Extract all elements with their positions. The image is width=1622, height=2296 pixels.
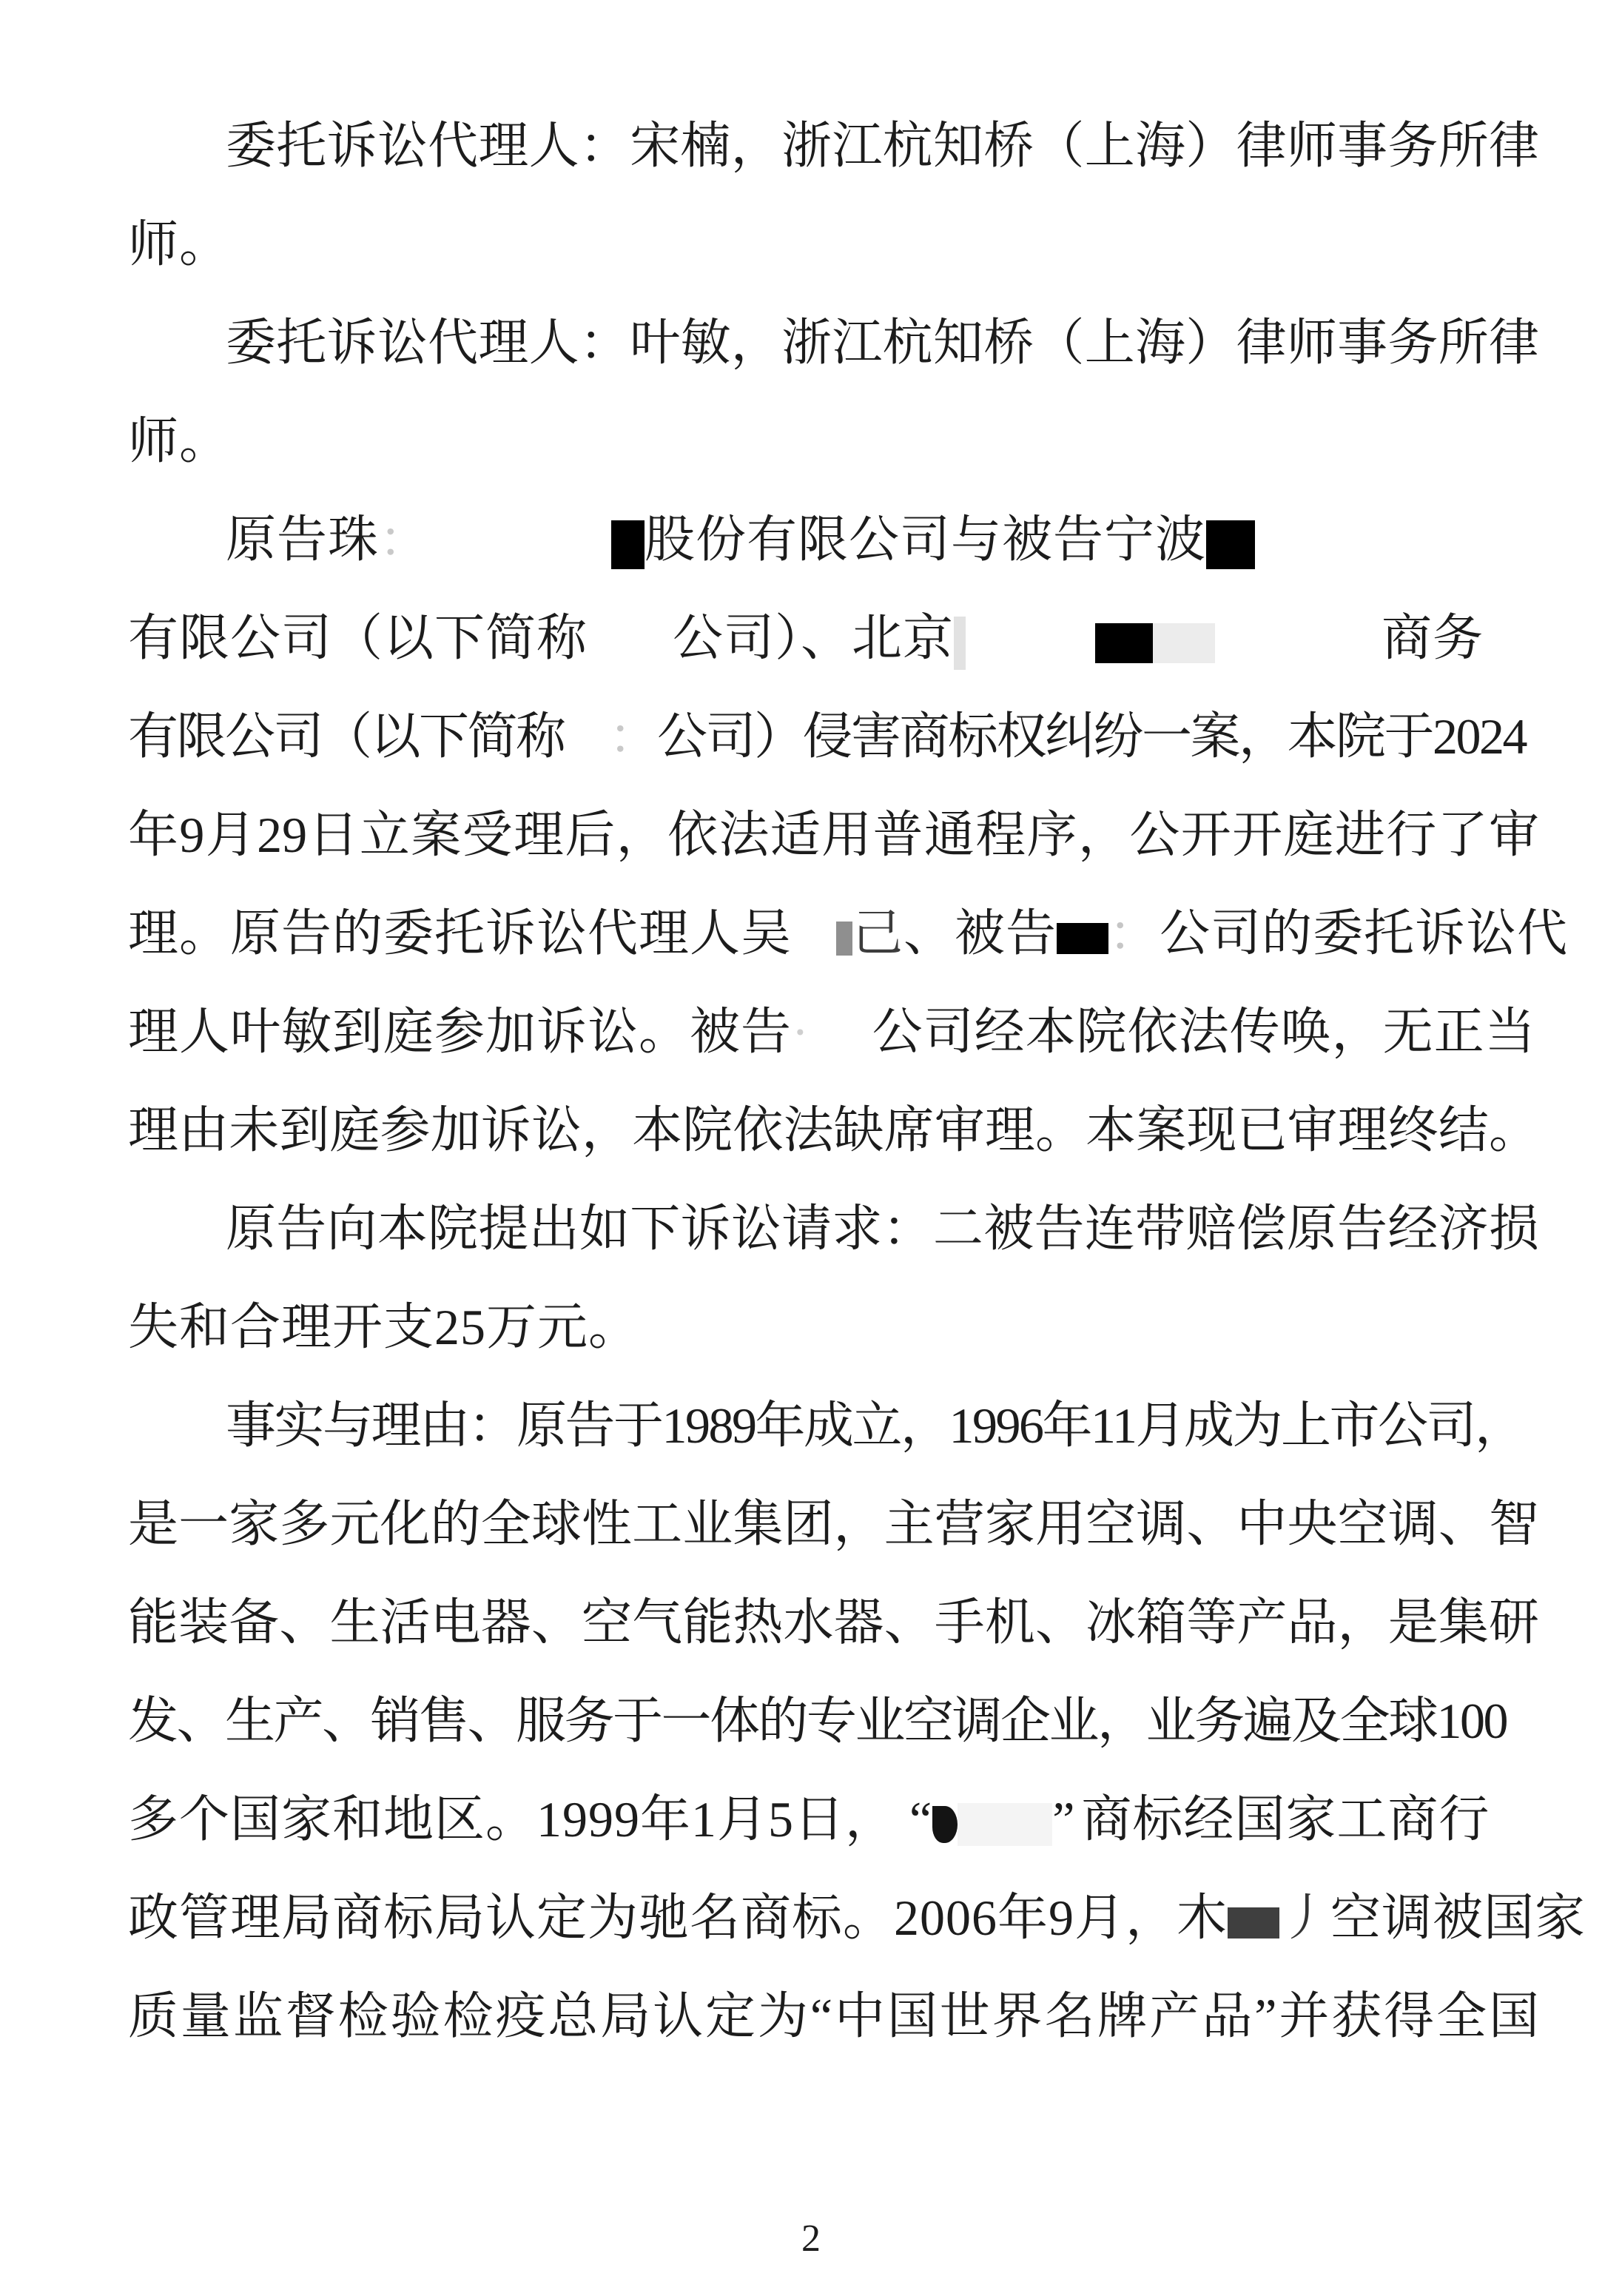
redaction-gap xyxy=(588,649,673,655)
text-run: 政管理局商标局认定为驰名商标。2006年9月，木 xyxy=(128,1890,1228,1946)
redaction-gap xyxy=(430,551,611,557)
document-line: 事实与理由：原告于1989年成立，1996年11月成为上市公司， xyxy=(128,1375,1539,1476)
document-line: 多个国家和地区。1999年1月5日，“”商标经国家工商行 xyxy=(128,1769,1539,1870)
text-run: 公司）、北京 xyxy=(673,610,954,666)
text-run: 多个国家和地区。1999年1月5日， xyxy=(128,1791,896,1847)
text-run: 理由未到庭参加诉讼，本院依法缺席审理。本案现已审理终结。 xyxy=(128,1102,1539,1158)
text-run: 发、生产、销售、服务于一体的专业空调企业，业务遍及全球100 xyxy=(128,1693,1507,1749)
redaction-box xyxy=(1153,623,1215,663)
text-run: 股份有限公司与被告宁波 xyxy=(645,511,1206,568)
faint-remnant: ： xyxy=(379,511,430,568)
redaction-box xyxy=(1228,1907,1279,1938)
redaction-gap xyxy=(565,748,609,753)
redaction-gap xyxy=(966,649,1095,655)
text-run: 师。 xyxy=(128,413,230,469)
text-run: 公司）侵害商标权纠纷一案，本院于2024 xyxy=(657,708,1526,765)
text-run: 是一家多元化的全球性工业集团，主营家用空调、中央空调、智 xyxy=(128,1496,1539,1552)
document-line: 理。原告的委托诉讼代理人吴己、被告：公司的委托诉讼代 xyxy=(128,883,1539,984)
redaction-gap xyxy=(792,944,836,950)
text-run: 有限公司（以下简称 xyxy=(128,708,565,765)
text-run: 公司的委托诉讼代 xyxy=(1160,905,1568,961)
text-run: 师。 xyxy=(128,216,230,272)
document-page: 委托诉讼代理人：宋楠，浙江杭知桥（上海）律师事务所律师。委托诉讼代理人：叶敏，浙… xyxy=(0,0,1622,2296)
text-run: 理人叶敏到庭参加诉讼。被告 xyxy=(128,1004,792,1060)
document-line: 有限公司（以下简称公司）、北京商务 xyxy=(128,588,1539,688)
faint-remnant: 丿 xyxy=(1279,1890,1330,1946)
redaction-box xyxy=(958,1803,1052,1846)
document-line: 师。 xyxy=(128,391,1539,491)
faint-remnant: · xyxy=(792,1004,810,1060)
document-line: 委托诉讼代理人：叶敏，浙江杭知桥（上海）律师事务所律 xyxy=(128,292,1539,393)
text-run: 委托诉讼代理人：宋楠，浙江杭知桥（上海）律师事务所律 xyxy=(226,118,1539,174)
text-run: 空调被国家 xyxy=(1330,1890,1586,1946)
document-line: 委托诉讼代理人：宋楠，浙江杭知桥（上海）律师事务所律 xyxy=(128,95,1539,196)
text-run: 失和合理开支25万元。 xyxy=(128,1299,639,1355)
text-run: 商标经国家工商行 xyxy=(1081,1791,1490,1847)
redaction-gap xyxy=(810,1043,872,1049)
redaction-box xyxy=(954,617,966,670)
document-line: 政管理局商标局认定为驰名商标。2006年9月，木丿空调被国家 xyxy=(128,1867,1539,1968)
text-run: 事实与理由：原告于1989年成立，1996年11月成为上市公司， xyxy=(226,1397,1523,1454)
document-line: 能装备、生活电器、空气能热水器、手机、冰箱等产品，是集研 xyxy=(128,1572,1539,1673)
text-run: “ xyxy=(909,1791,932,1847)
text-run: 、被告 xyxy=(903,905,1057,961)
document-line: 师。 xyxy=(128,194,1539,295)
faint-remnant: 己 xyxy=(852,905,903,961)
document-line: 理人叶敏到庭参加诉讼。被告·公司经本院依法传唤，无正当 xyxy=(128,981,1539,1082)
document-line: 质量监督检验检疫总局认定为“中国世界名牌产品”并获得全国 xyxy=(128,1966,1539,2067)
document-line: 理由未到庭参加诉讼，本院依法缺席审理。本案现已审理终结。 xyxy=(128,1080,1539,1181)
redaction-box xyxy=(1057,923,1108,954)
document-line: 原告向本院提出如下诉讼请求：二被告连带赔偿原告经济损 xyxy=(128,1178,1539,1279)
faint-remnant: ： xyxy=(1108,905,1160,961)
text-run: 公司经本院依法传唤，无正当 xyxy=(872,1004,1536,1060)
redaction-box xyxy=(1206,520,1255,569)
redaction-gap xyxy=(896,1830,909,1836)
page-number: 2 xyxy=(0,2209,1622,2269)
document-line: 有限公司（以下简称：公司）侵害商标权纠纷一案，本院于2024 xyxy=(128,686,1539,787)
text-run: 年9月29日立案受理后，依法适用普通程序，公开开庭进行了审 xyxy=(128,807,1539,863)
text-run: 质量监督检验检疫总局认定为“中国世界名牌产品”并获得全国 xyxy=(128,1988,1539,2044)
document-line: 年9月29日立案受理后，依法适用普通程序，公开开庭进行了审 xyxy=(128,785,1539,885)
document-line: 发、生产、销售、服务于一体的专业空调企业，业务遍及全球100 xyxy=(128,1671,1539,1771)
text-run: 委托诉讼代理人：叶敏，浙江杭知桥（上海）律师事务所律 xyxy=(226,315,1539,371)
faint-remnant: ： xyxy=(609,708,658,765)
document-line: 原告珠：股份有限公司与被告宁波 xyxy=(128,489,1539,590)
text-run: 能装备、生活电器、空气能热水器、手机、冰箱等产品，是集研 xyxy=(128,1594,1539,1651)
redaction-box xyxy=(1095,623,1153,663)
text-run: 有限公司（以下简称 xyxy=(128,610,588,666)
text-run: 商务 xyxy=(1382,610,1484,666)
text-run: 原告珠 xyxy=(226,511,379,568)
text-run: 原告向本院提出如下诉讼请求：二被告连带赔偿原告经济损 xyxy=(226,1201,1539,1257)
document-line: 失和合理开支25万元。 xyxy=(128,1277,1539,1377)
text-run: ” xyxy=(1052,1791,1075,1847)
redaction-box xyxy=(932,1806,958,1843)
document-line: 是一家多元化的全球性工业集团，主营家用空调、中央空调、智 xyxy=(128,1474,1539,1574)
redaction-box xyxy=(836,922,852,956)
text-run: 理。原告的委托诉讼代理人吴 xyxy=(128,905,792,961)
redaction-box xyxy=(611,520,645,569)
redaction-gap xyxy=(1215,649,1382,655)
